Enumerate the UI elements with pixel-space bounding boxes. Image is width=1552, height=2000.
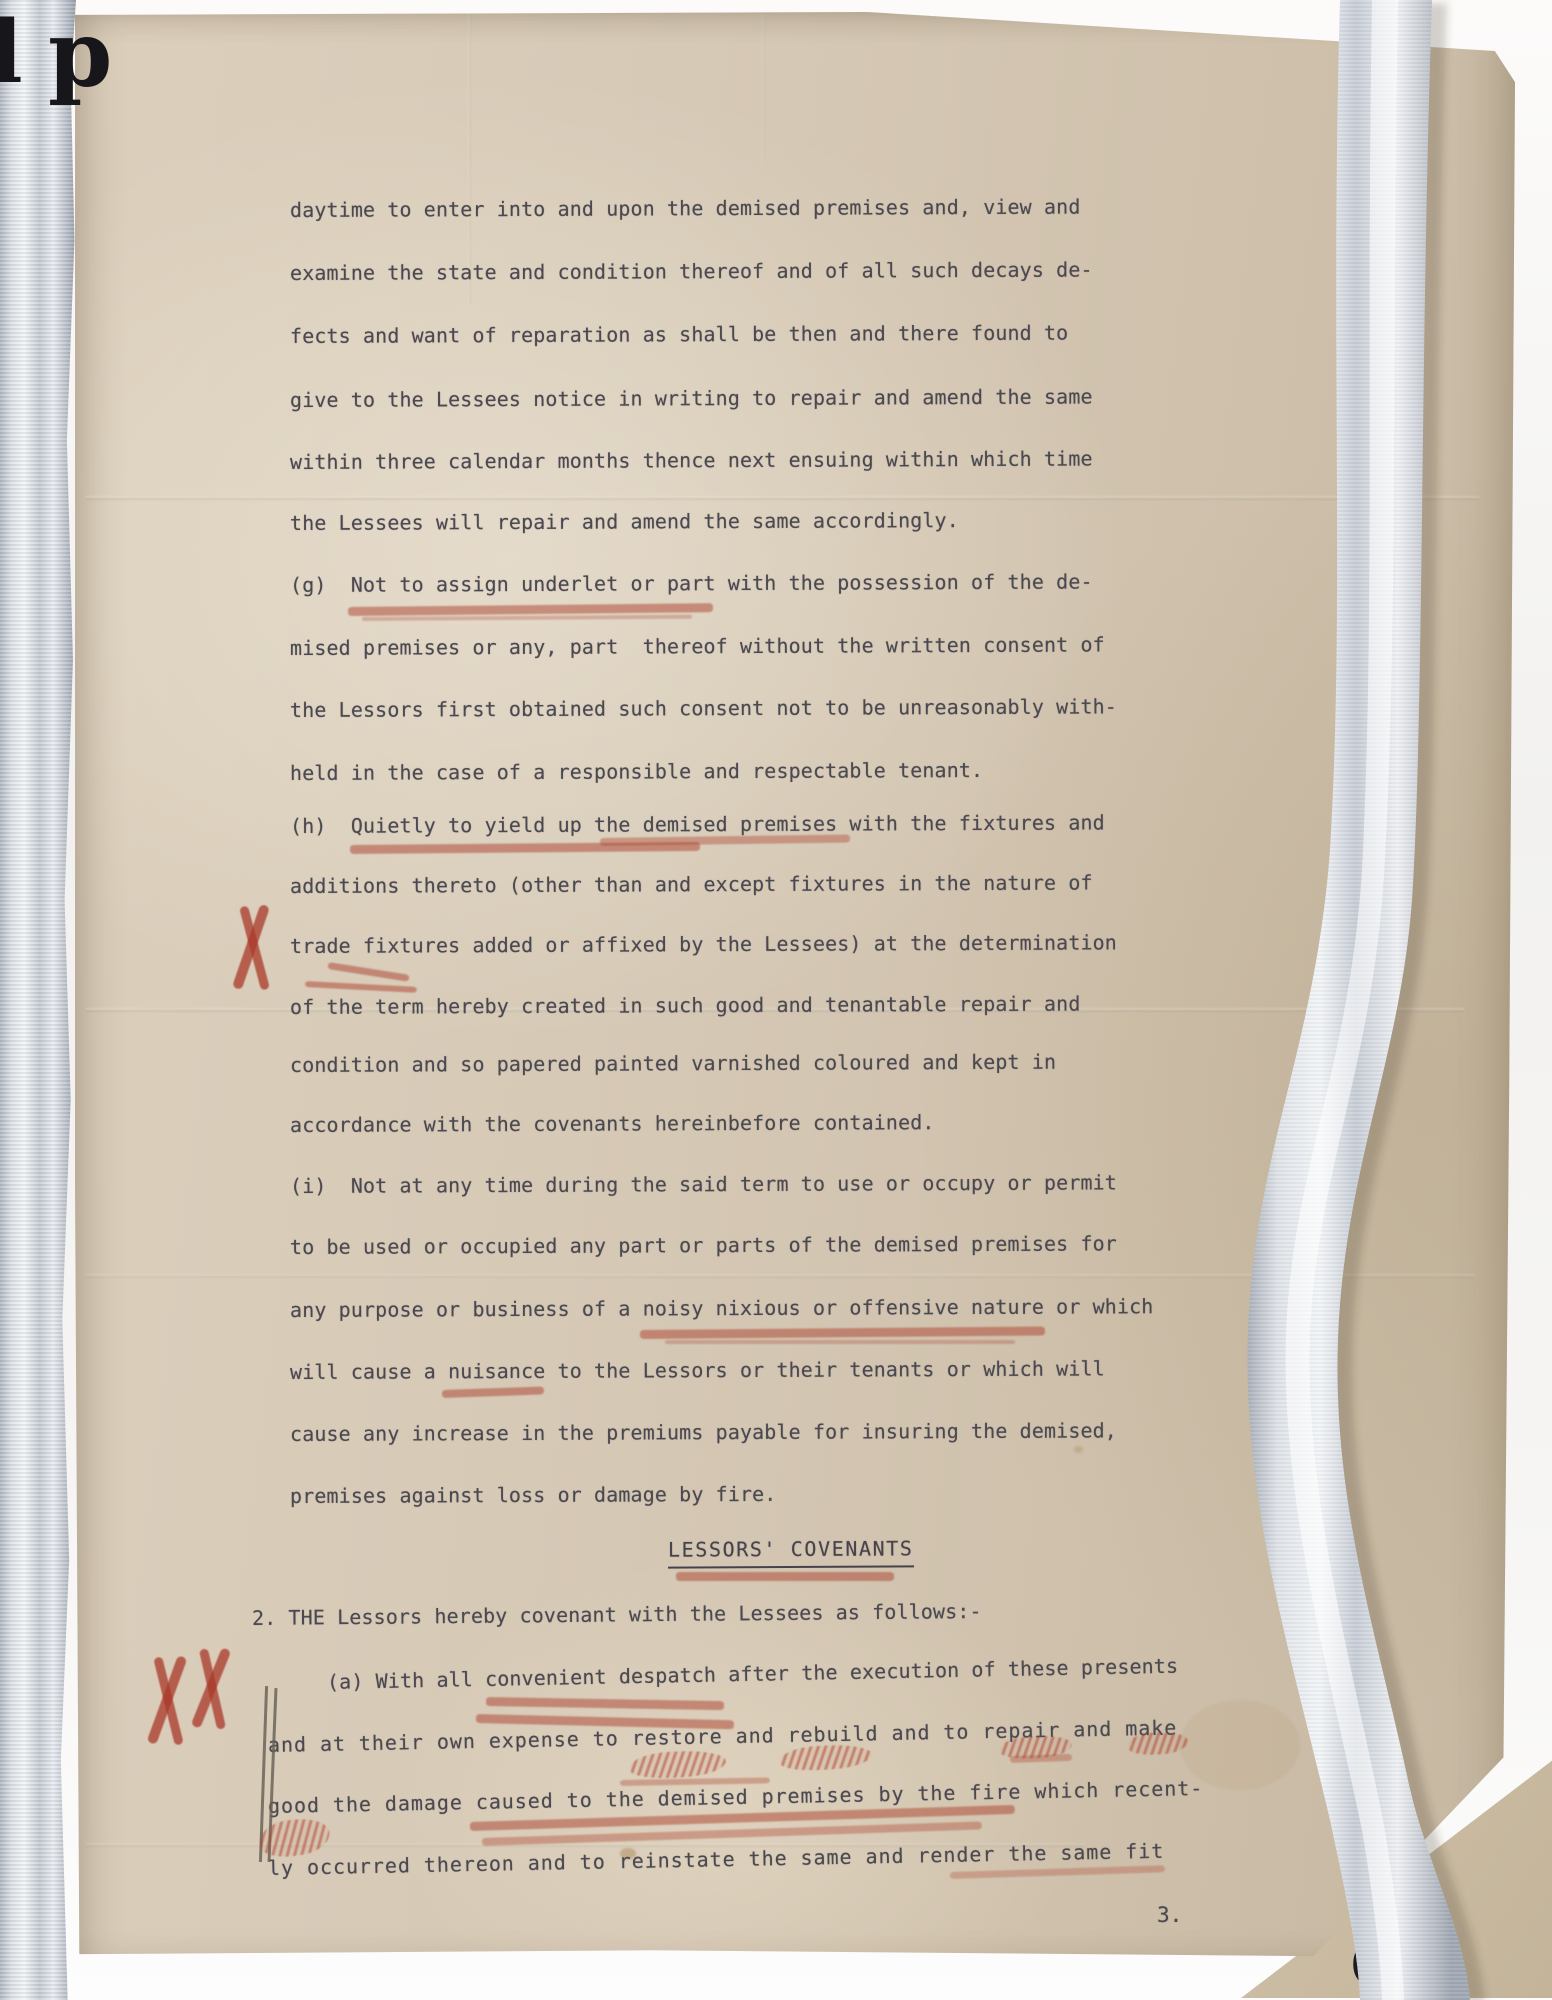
typed-line: cause any increase in the premiums payab… [290,1420,1117,1444]
typed-line: within three calendar months thence next… [290,448,1093,472]
typed-line: (i) Not at any time during the said term… [290,1172,1117,1196]
typed-line: examine the state and condition thereof … [290,259,1093,283]
typed-line: premises against loss or damage by fire. [290,1484,777,1506]
typed-line: of the term hereby created in such good … [290,994,1081,1017]
typed-line: give to the Lessees notice in writing to… [290,386,1093,410]
typed-line: the Lessors first obtained such consent … [290,696,1117,720]
paper-stain [1074,1446,1083,1453]
typed-line: any purpose or business of a noisy nixio… [290,1296,1154,1320]
scanned-document-photo: daytime to enter into and upon the demis… [0,0,1552,2000]
typed-line: additions thereto (other than and except… [290,872,1093,896]
typed-line: mised premises or any, part thereof with… [290,634,1105,658]
paper-crease [762,14,765,164]
typed-line: accordance with the covenants hereinbefo… [290,1112,935,1135]
page-number: 3. [1157,1903,1182,1927]
paper-crease [85,1274,1475,1278]
printed-letter-fragment-p: p [48,0,112,108]
typed-line: (h) Quietly to yield up the demised prem… [290,812,1105,836]
typed-line: held in the case of a responsible and re… [290,760,983,783]
red-underline-noisy-offensive [665,1340,1015,1344]
red-underline-heading [676,1572,894,1581]
typed-line: condition and so papered painted varnish… [290,1052,1056,1075]
typed-line: (g) Not to assign underlet or part with … [290,571,1093,595]
typed-line: fects and want of reparation as shall be… [290,323,1068,346]
paper-crease [85,496,1480,500]
typed-line: to be used or occupied any part or parts… [290,1233,1117,1257]
typed-line: the Lessees will repair and amend the sa… [290,510,959,533]
section-heading: LESSORS' COVENANTS [668,1536,914,1568]
typed-line: will cause a nuisance to the Lessors or … [290,1358,1105,1382]
typed-line: daytime to enter into and upon the demis… [290,197,1081,220]
printed-letter-fragment-l: l [0,2,23,103]
typed-line: trade fixtures added or affixed by the L… [290,932,1117,956]
typed-line: 2. THE Lessors hereby covenant with the … [252,1601,982,1628]
printed-letter-fragment-d: d [1350,1912,1405,2000]
